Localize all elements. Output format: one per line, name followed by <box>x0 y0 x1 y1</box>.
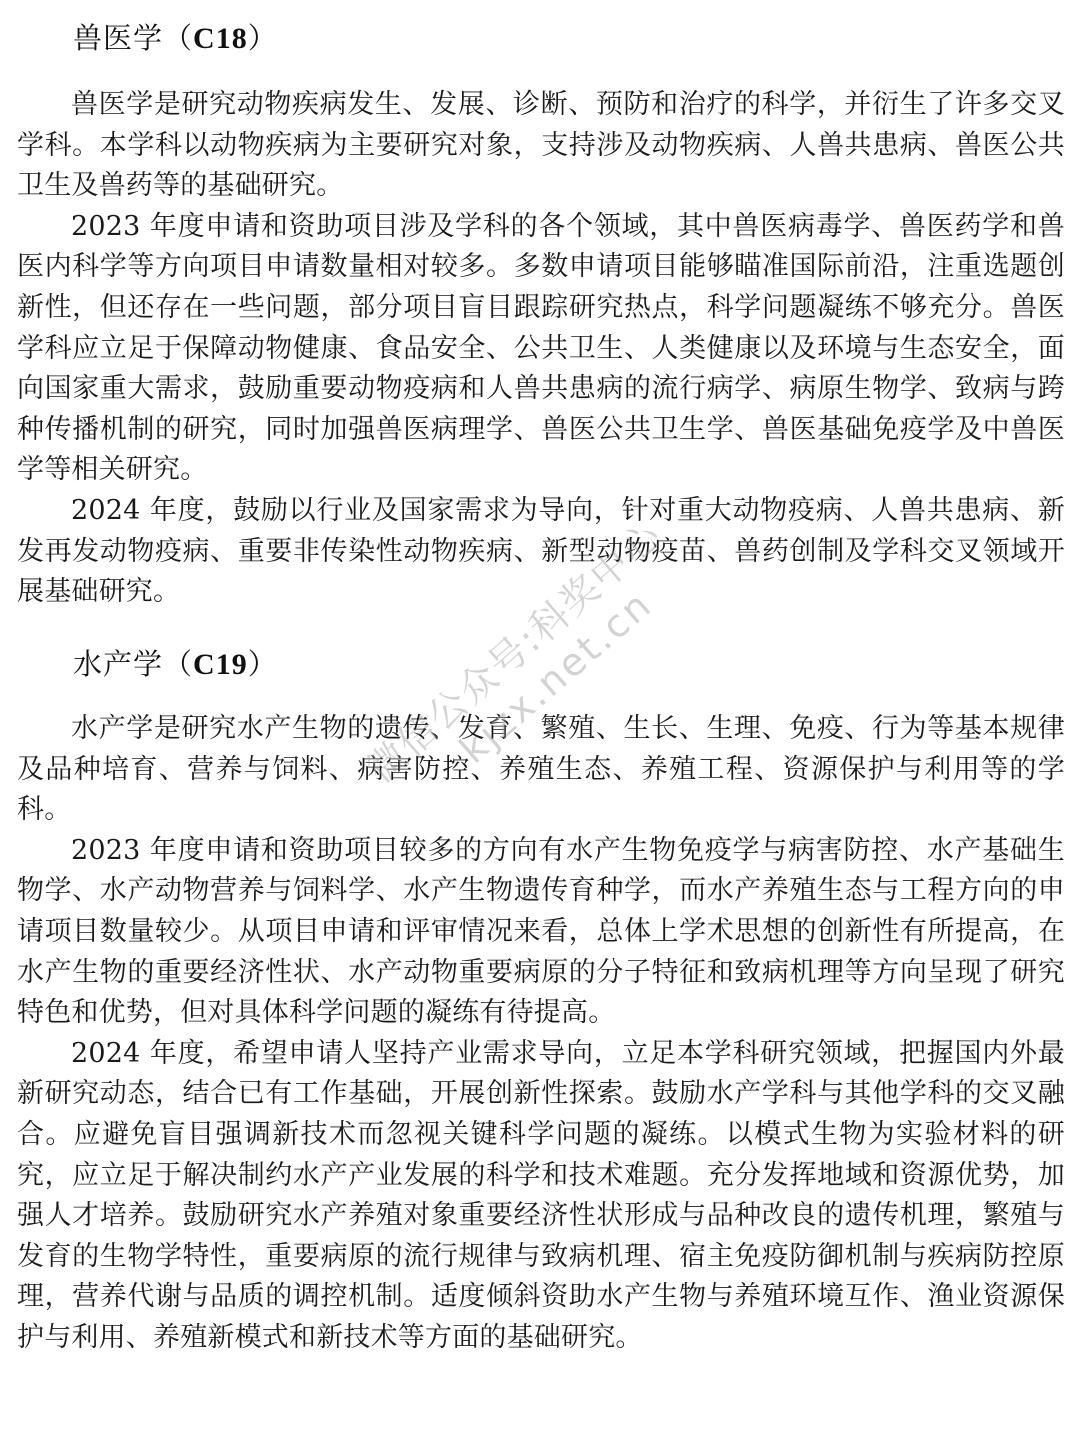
section-title: 水产学 <box>73 647 163 681</box>
section-code: C19 <box>193 648 248 681</box>
section-code-open-paren: （ <box>163 647 193 681</box>
section-code: C18 <box>193 22 248 55</box>
section-title: 兽医学 <box>73 21 163 55</box>
paragraph-2023-review: 2023 年度申请和资助项目较多的方向有水产生物免疫学与病害防控、水产基础生物学… <box>17 831 1065 1034</box>
section-code-open-paren: （ <box>163 21 193 55</box>
section-heading-veterinary: 兽医学（C18） <box>73 18 278 59</box>
section-code-close-paren: ） <box>248 21 278 55</box>
section-code-close-paren: ） <box>248 647 278 681</box>
paragraph-intro: 兽医学是研究动物疾病发生、发展、诊断、预防和治疗的科学，并衍生了许多交叉学科。本… <box>17 85 1065 207</box>
paragraph-2024-guidance: 2024 年度，鼓励以行业及国家需求为导向，针对重大动物疫病、人兽共患病、新发再… <box>17 491 1065 613</box>
paragraph-2023-review: 2023 年度申请和资助项目涉及学科的各个领域，其中兽医病毒学、兽医药学和兽医内… <box>17 207 1065 491</box>
section-heading-aquaculture: 水产学（C19） <box>73 644 278 685</box>
document-page: 兽医学（C18） 兽医学是研究动物疾病发生、发展、诊断、预防和治疗的科学，并衍生… <box>0 0 1080 1435</box>
paragraph-intro: 水产学是研究水产生物的遗传、发育、繁殖、生长、生理、免疫、行为等基本规律及品种培… <box>17 709 1065 831</box>
section-body-veterinary: 兽医学是研究动物疾病发生、发展、诊断、预防和治疗的科学，并衍生了许多交叉学科。本… <box>17 85 1065 613</box>
section-body-aquaculture: 水产学是研究水产生物的遗传、发育、繁殖、生长、生理、免疫、行为等基本规律及品种培… <box>17 709 1065 1359</box>
paragraph-2024-guidance: 2024 年度，希望申请人坚持产业需求导向，立足本学科研究领域，把握国内外最新研… <box>17 1034 1065 1359</box>
